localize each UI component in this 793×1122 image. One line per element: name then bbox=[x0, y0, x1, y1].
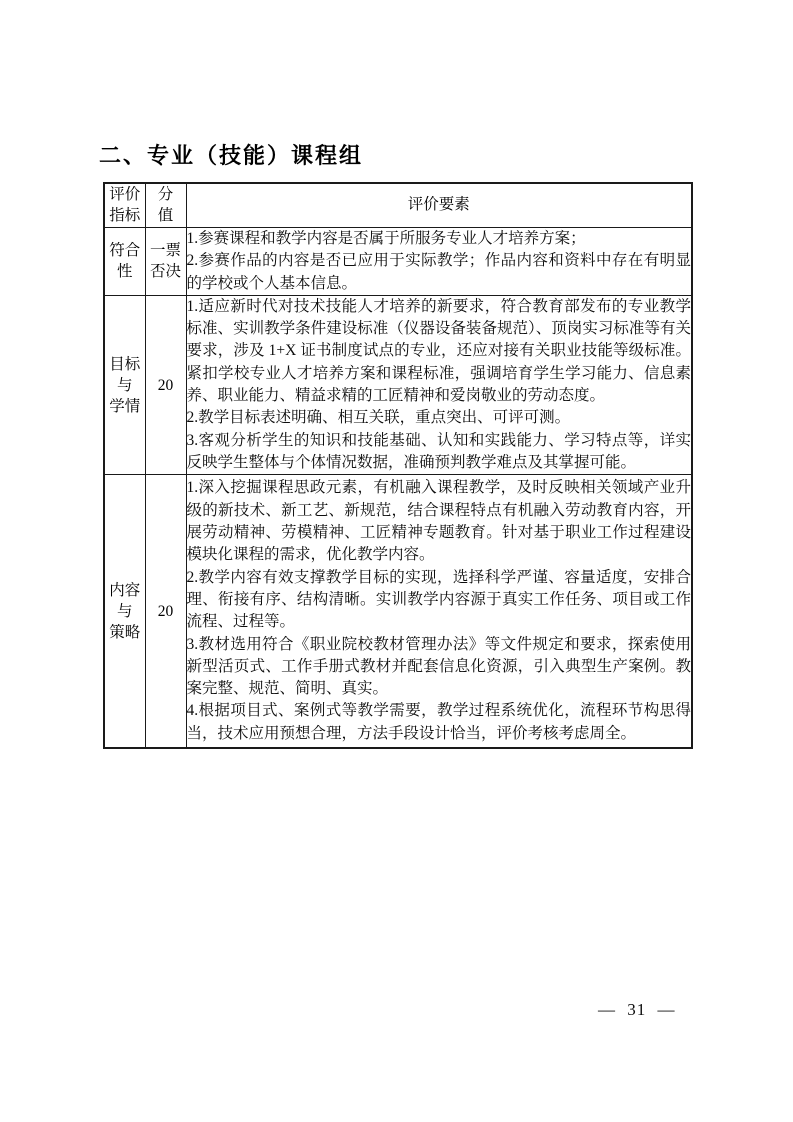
table-row-content-strategy: 内容 与 策略 20 1.深入挖掘课程思政元素，有机融入课程教学，及时反映相关领… bbox=[104, 475, 692, 749]
header-score-cell: 分 值 bbox=[145, 183, 186, 228]
table-row-compliance: 符合 性 一票 否决 1.参赛课程和教学内容是否属于所服务专业人才培养方案； 2… bbox=[104, 228, 692, 296]
elements-cell: 1.深入挖掘课程思政元素，有机融入课程教学，及时反映相关领域产业升级的新技术、新… bbox=[186, 475, 692, 749]
section-title: 二、专业（技能）课程组 bbox=[99, 139, 363, 170]
indicator-cell: 内容 与 策略 bbox=[104, 475, 145, 749]
evaluation-table: 评价 指标 分 值 评价要素 符合 性 一票 否决 1.参赛课程和教学内容是否属… bbox=[103, 182, 693, 749]
evaluation-item: 4.根据项目式、案例式等教学需要，教学过程系统优化，流程环节构思得当，技术应用预… bbox=[187, 700, 692, 745]
evaluation-item: 1.深入挖掘课程思政元素，有机融入课程教学，及时反映相关领域产业升级的新技术、新… bbox=[187, 477, 692, 566]
evaluation-item: 2.教学内容有效支撑教学目标的实现，选择科学严谨、容量适度，安排合理、衔接有序、… bbox=[187, 567, 692, 634]
header-elements-cell: 评价要素 bbox=[186, 183, 692, 228]
score-cell: 一票 否决 bbox=[145, 228, 186, 296]
evaluation-item: 1.参赛课程和教学内容是否属于所服务专业人才培养方案； bbox=[187, 228, 692, 250]
elements-cell: 1.适应新时代对技术技能人才培养的新要求，符合教育部发布的专业教学标准、实训教学… bbox=[186, 295, 692, 474]
table-row-goals: 目标 与 学情 20 1.适应新时代对技术技能人才培养的新要求，符合教育部发布的… bbox=[104, 295, 692, 474]
elements-cell: 1.参赛课程和教学内容是否属于所服务专业人才培养方案； 2.参赛作品的内容是否已… bbox=[186, 228, 692, 296]
evaluation-item: 2.教学目标表述明确、相互关联，重点突出、可评可测。 bbox=[187, 407, 692, 429]
score-cell: 20 bbox=[145, 295, 186, 474]
evaluation-item: 3.客观分析学生的知识和技能基础、认知和实践能力、学习特点等，详实反映学生整体与… bbox=[187, 430, 692, 475]
document-page: 二、专业（技能）课程组 评价 指标 分 值 评价要素 符合 性 一票 否决 1.… bbox=[0, 0, 793, 1122]
header-indicator-cell: 评价 指标 bbox=[104, 183, 145, 228]
score-cell: 20 bbox=[145, 475, 186, 749]
indicator-cell: 符合 性 bbox=[104, 228, 145, 296]
evaluation-item: 2.参赛作品的内容是否已应用于实际教学；作品内容和资料中存在有明显的学校或个人基… bbox=[187, 250, 692, 295]
table-header-row: 评价 指标 分 值 评价要素 bbox=[104, 183, 692, 228]
page-number: — 31 — bbox=[598, 1000, 676, 1020]
evaluation-item: 3.教材选用符合《职业院校教材管理办法》等文件规定和要求，探索使用新型活页式、工… bbox=[187, 634, 692, 701]
evaluation-item: 1.适应新时代对技术技能人才培养的新要求，符合教育部发布的专业教学标准、实训教学… bbox=[187, 296, 692, 407]
indicator-cell: 目标 与 学情 bbox=[104, 295, 145, 474]
